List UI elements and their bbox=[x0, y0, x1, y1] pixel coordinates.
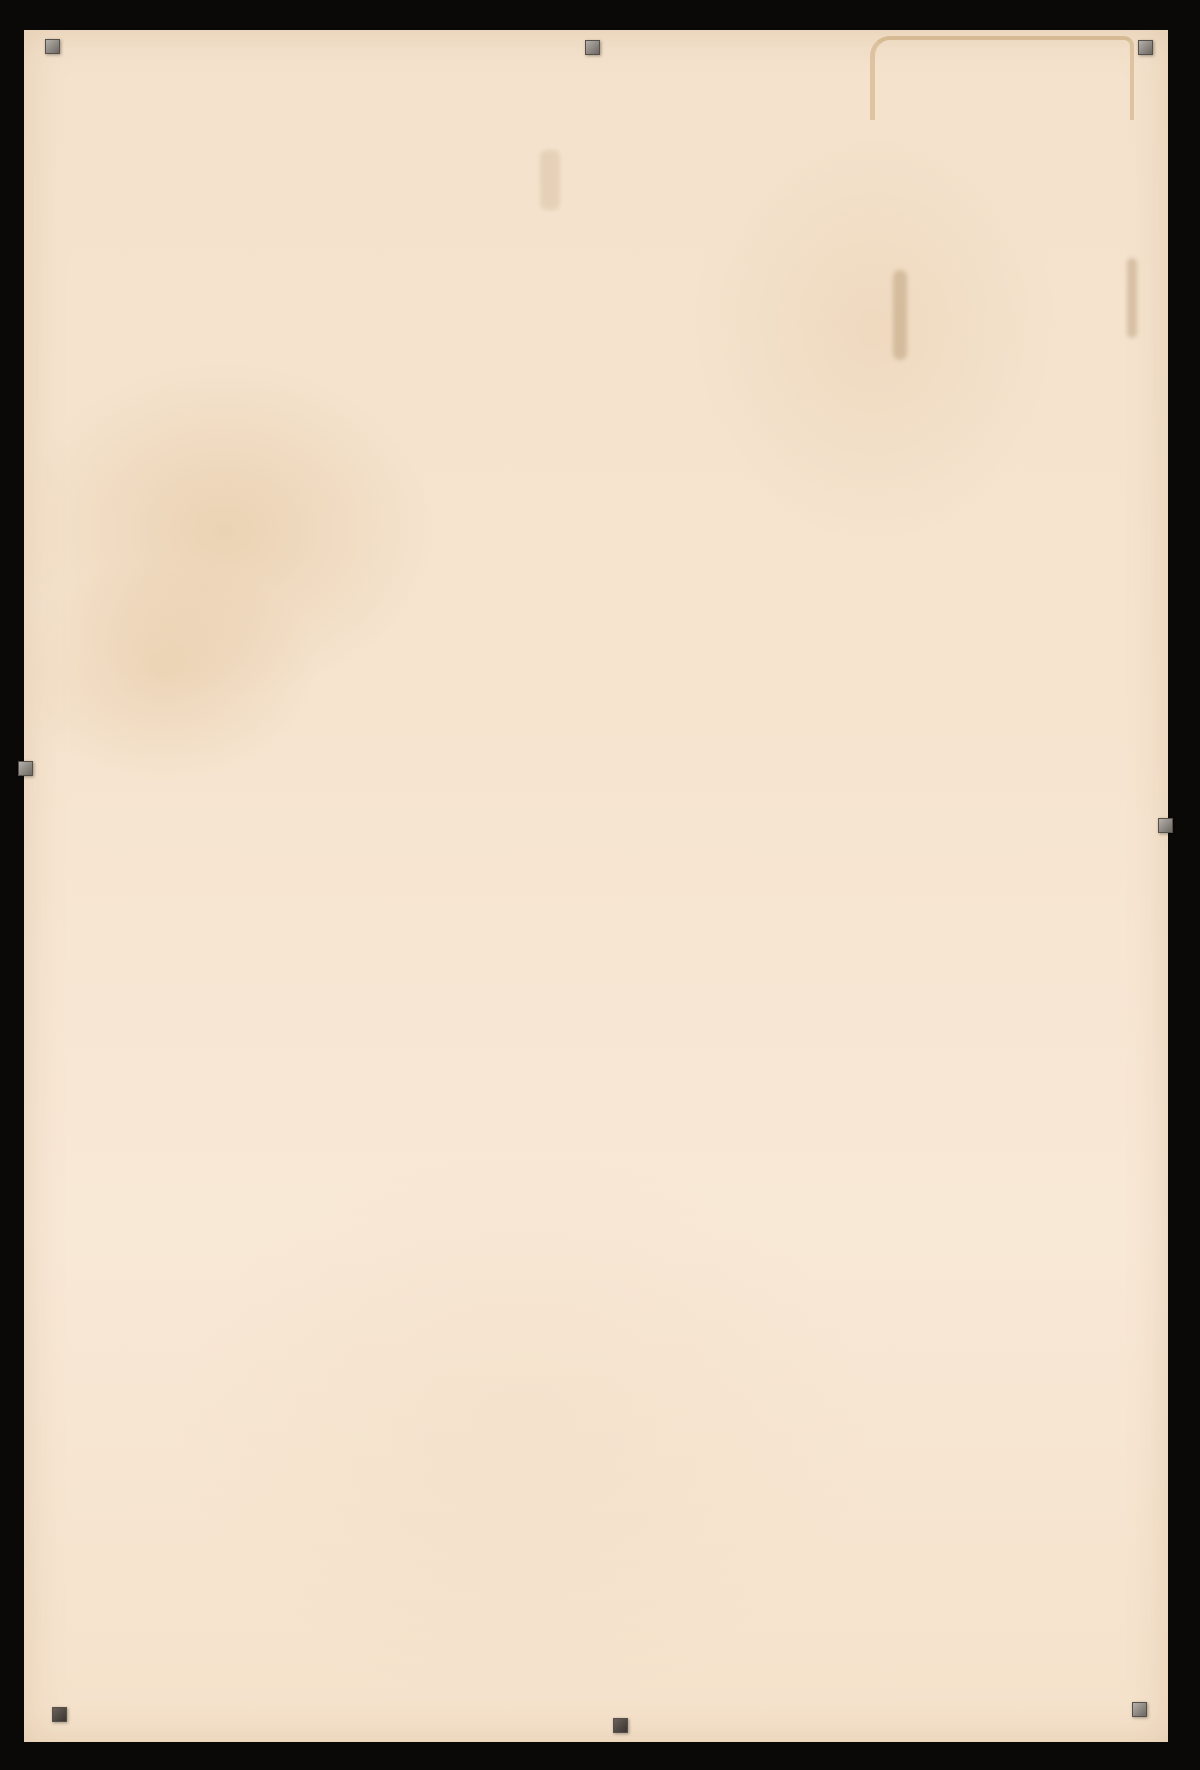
clip-icon bbox=[1158, 818, 1173, 833]
clip-icon bbox=[45, 39, 60, 54]
clip-icon bbox=[613, 1718, 628, 1733]
clip-icon bbox=[18, 761, 33, 776]
stain-streak bbox=[1127, 258, 1137, 338]
clip-icon bbox=[585, 40, 600, 55]
stain-streak bbox=[893, 270, 907, 360]
stain-streak bbox=[540, 150, 560, 210]
aged-paper-sheet bbox=[24, 30, 1168, 1742]
water-stain bbox=[870, 36, 1134, 120]
clip-icon bbox=[1138, 40, 1153, 55]
clip-icon bbox=[52, 1707, 67, 1722]
clip-icon bbox=[1132, 1702, 1147, 1717]
